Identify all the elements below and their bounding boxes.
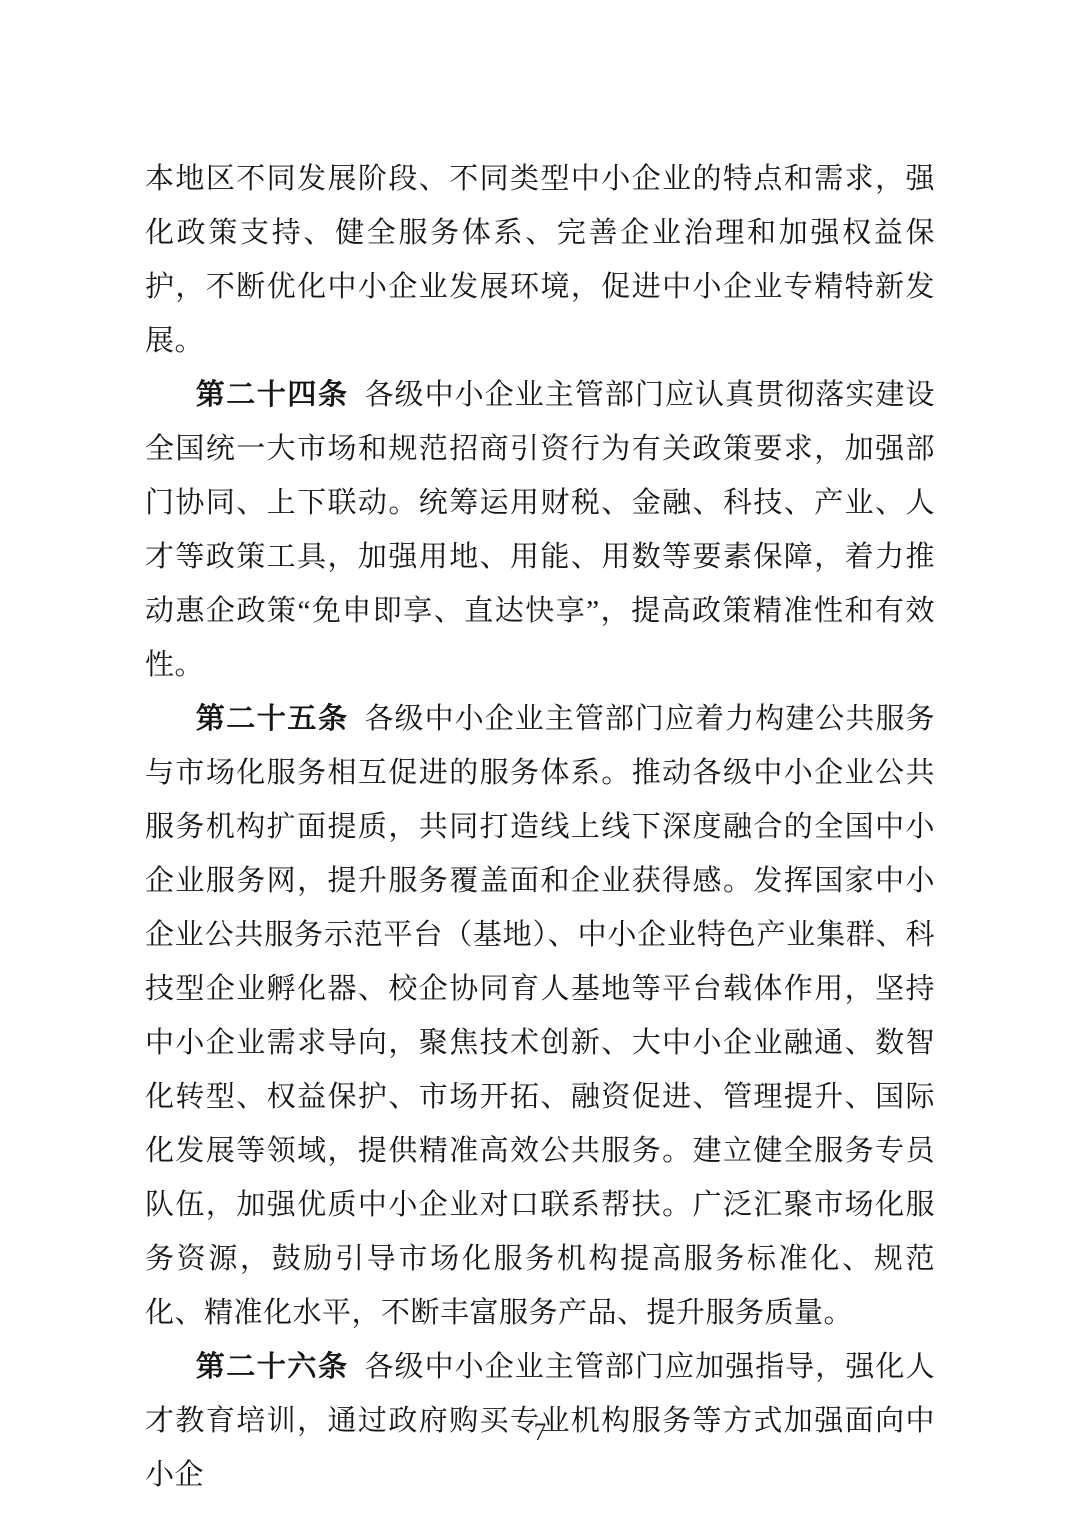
document-body: 本地区不同发展阶段、不同类型中小企业的特点和需求，强化政策支持、健全服务体系、完… (145, 152, 935, 1502)
paragraph-article-25: 第二十五条各级中小企业主管部门应着力构建公共服务与市场化服务相互促进的服务体系。… (145, 692, 935, 1340)
page-footer: 7 (0, 1418, 1080, 1448)
page-number: 7 (534, 1419, 547, 1446)
document-page: 本地区不同发展阶段、不同类型中小企业的特点和需求，强化政策支持、健全服务体系、完… (0, 0, 1080, 1527)
article-24-heading: 第二十四条 (196, 379, 349, 411)
paragraph-text: 各级中小企业主管部门应着力构建公共服务与市场化服务相互促进的服务体系。推动各级中… (145, 703, 935, 1329)
paragraph-text: 各级中小企业主管部门应认真贯彻落实建设全国统一大市场和规范招商引资行为有关政策要… (145, 379, 935, 681)
paragraph-article-24: 第二十四条各级中小企业主管部门应认真贯彻落实建设全国统一大市场和规范招商引资行为… (145, 368, 935, 692)
article-25-heading: 第二十五条 (196, 703, 349, 735)
paragraph-continuation: 本地区不同发展阶段、不同类型中小企业的特点和需求，强化政策支持、健全服务体系、完… (145, 152, 935, 368)
article-26-heading: 第二十六条 (196, 1351, 349, 1383)
paragraph-text: 本地区不同发展阶段、不同类型中小企业的特点和需求，强化政策支持、健全服务体系、完… (145, 163, 935, 357)
